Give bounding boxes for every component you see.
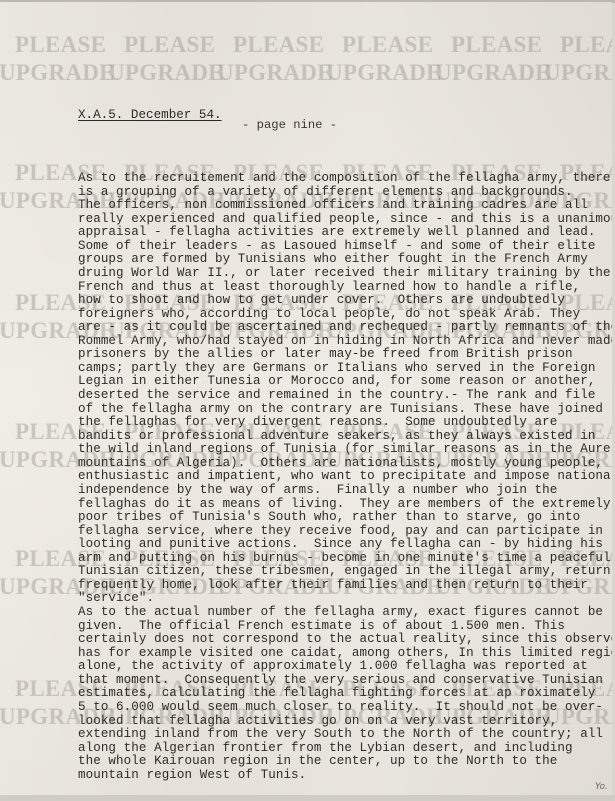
text-line: bandits or professional adventure seaker… xyxy=(78,430,608,444)
text-line: estimates, calculating the fellagha figh… xyxy=(78,687,608,701)
text-line: along the Algerian frontier from the Lyb… xyxy=(78,742,608,756)
text-line: prisoners by the allies or later may-be … xyxy=(78,348,608,362)
text-line: looked that fellagha activities go on on… xyxy=(78,715,608,729)
watermark-text: PLEASE xyxy=(560,32,612,58)
text-line: the wild inland regions of Tunisia (for … xyxy=(78,443,608,457)
text-line: independence by the way of arms. Finally… xyxy=(78,484,608,498)
watermark-text: UPGRADE xyxy=(0,60,115,86)
typewritten-page: PLEASEPLEASEPLEASEPLEASEPLEASEPLEASEUPGR… xyxy=(0,2,612,796)
text-line: extending inland from the very South to … xyxy=(78,728,608,742)
watermark-text: UPGRADE xyxy=(544,60,612,86)
text-line: Tunisian citizen, these tribesmen, engag… xyxy=(78,565,608,579)
text-line: 5 to 6.000 would seem much closer to rea… xyxy=(78,701,608,715)
text-line: of the fellagha army on the contrary are… xyxy=(78,403,608,417)
text-line: arm and putting on his burnus - become i… xyxy=(78,552,608,566)
text-line: frequently home, look after their famili… xyxy=(78,579,608,593)
page-number-label: - page nine - xyxy=(242,118,337,132)
watermark-text: PLEASE xyxy=(451,32,542,58)
watermark-text: PLEASE xyxy=(233,32,324,58)
text-line: are - as it could be ascertained and rec… xyxy=(78,321,608,335)
text-line: deserted the service and remained in the… xyxy=(78,389,608,403)
text-line: French and thus at least thoroughly lear… xyxy=(78,281,608,295)
text-line: looting and punitive actions. Since any … xyxy=(78,538,608,552)
text-line: As to the recruitement and the compositi… xyxy=(78,172,608,186)
text-line: how to shoot and how to get under cover.… xyxy=(78,294,608,308)
text-line: fellaghas do it as means of living. They… xyxy=(78,498,608,512)
text-line: alone, the activity of approximately 1.0… xyxy=(78,660,608,674)
text-line: really experienced and qualified people,… xyxy=(78,213,608,227)
document-reference: X.A.5. December 54. xyxy=(78,108,222,122)
body-text: As to the recruitement and the compositi… xyxy=(78,172,608,782)
text-line: druing World War II., or later received … xyxy=(78,267,608,281)
text-line: given. The official French estimate is o… xyxy=(78,620,608,634)
text-line: camps; partly they are Germans or Italia… xyxy=(78,362,608,376)
text-line: certainly does not correspond to the act… xyxy=(78,633,608,647)
text-line: mountains of Algeria). Others are nation… xyxy=(78,457,608,471)
text-line: the fellaghas for very divergent reasons… xyxy=(78,416,608,430)
text-line: mountain region West of Tunis. xyxy=(78,769,608,783)
text-line: Some of their leaders - as Lasoued himse… xyxy=(78,240,608,254)
text-line: the whole Kairouan region in the center,… xyxy=(78,755,608,769)
text-line: poor tribes of Tunisia's South who, rath… xyxy=(78,511,608,525)
text-line: As to the actual number of the fellagha … xyxy=(78,606,608,620)
watermark-text: UPGRADE xyxy=(108,60,224,86)
watermark-text: UPGRADE xyxy=(326,60,442,86)
text-line: has for example visited one caidat, amon… xyxy=(78,647,608,661)
watermark-text: PLEASE xyxy=(124,32,215,58)
text-line: foreigners who, according to local peopl… xyxy=(78,308,608,322)
text-line: Rommel Army, who/had stayed on in hiding… xyxy=(78,335,608,349)
watermark-text: PLEASE xyxy=(342,32,433,58)
watermark-text: UPGRADE xyxy=(217,60,333,86)
watermark-text: UPGRADE xyxy=(435,60,551,86)
text-line: "service". xyxy=(78,592,608,606)
text-line: enthusiastic and impatient, who want to … xyxy=(78,470,608,484)
text-line: fellagha service, where they receive foo… xyxy=(78,525,608,539)
text-line: is a grouping of a variety of different … xyxy=(78,186,608,200)
text-line: Legian in either Tunesia or Morocco and,… xyxy=(78,375,608,389)
text-line: that moment. Consequently the very serio… xyxy=(78,674,608,688)
watermark-text: PLEASE xyxy=(15,32,106,58)
text-line: appraisal - fellagha activities are extr… xyxy=(78,226,608,240)
handwritten-initials: Yo. xyxy=(595,782,608,792)
scan-bottom-edge xyxy=(0,795,615,801)
text-line: groups are formed by Tunisians who eithe… xyxy=(78,253,608,267)
text-line: The officers, non commissioned officers … xyxy=(78,199,608,213)
